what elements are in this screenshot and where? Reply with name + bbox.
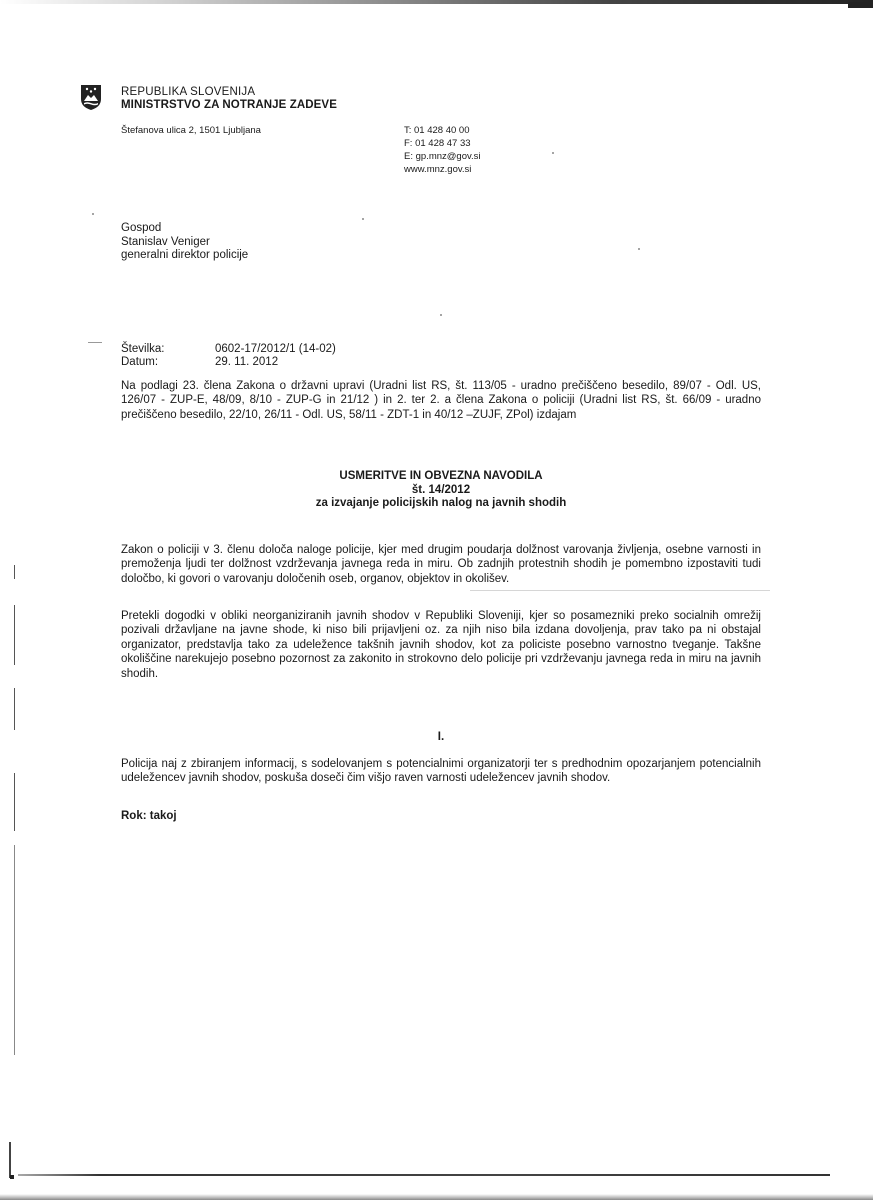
- contact-website: www.mnz.gov.si: [404, 163, 481, 176]
- legal-basis-paragraph: Na podlagi 23. člena Zakona o državni up…: [121, 379, 761, 422]
- document-title: USMERITVE IN OBVEZNA NAVODILA št. 14/201…: [121, 470, 761, 511]
- coat-of-arms-icon: [79, 83, 103, 111]
- scan-edge-bottom-left: [9, 1142, 11, 1178]
- reference-number-value: 0602-17/2012/1 (14-02): [215, 343, 336, 356]
- scan-speck: [552, 152, 554, 154]
- letterhead-country: REPUBLIKA SLOVENIJA: [121, 86, 255, 98]
- scan-corner-mark: [848, 2, 873, 8]
- letterhead-ministry: MINISTRSTVO ZA NOTRANJE ZADEVE: [121, 99, 337, 111]
- scan-speck: [440, 314, 442, 316]
- paragraph-2: Pretekli dogodki v obliki neorganizirani…: [121, 609, 761, 681]
- contact-email: E: gp.mnz@gov.si: [404, 150, 481, 163]
- paragraph-1: Zakon o policiji v 3. členu določa nalog…: [121, 543, 761, 586]
- letterhead-address: Štefanova ulica 2, 1501 Ljubljana: [121, 125, 261, 136]
- document-reference: Številka: 0602-17/2012/1 (14-02) Datum: …: [121, 343, 336, 368]
- recipient-position: generalni direktor policije: [121, 249, 248, 263]
- section-number: I.: [121, 731, 761, 743]
- title-line-3: za izvajanje policijskih nalog na javnih…: [121, 497, 761, 511]
- scan-edge-left: [14, 565, 16, 1055]
- letterhead-contacts: T: 01 428 40 00 F: 01 428 47 33 E: gp.mn…: [404, 124, 481, 176]
- scan-speck: [362, 218, 364, 220]
- scan-dot: [10, 1175, 14, 1179]
- deadline: Rok: takoj: [121, 810, 177, 822]
- scan-bottom-rule: [18, 1174, 830, 1176]
- recipient-salutation: Gospod: [121, 222, 248, 236]
- date-label: Datum:: [121, 356, 215, 369]
- scan-mark: [88, 342, 102, 343]
- scan-speck: [638, 248, 640, 250]
- contact-phone: T: 01 428 40 00: [404, 124, 481, 137]
- title-line-1: USMERITVE IN OBVEZNA NAVODILA: [121, 470, 761, 484]
- scan-streak: [470, 590, 770, 591]
- paragraph-3: Policija naj z zbiranjem informacij, s s…: [121, 757, 761, 786]
- contact-fax: F: 01 428 47 33: [404, 137, 481, 150]
- date-value: 29. 11. 2012: [215, 356, 278, 369]
- recipient-name: Stanislav Veniger: [121, 236, 248, 250]
- recipient-block: Gospod Stanislav Veniger generalni direk…: [121, 222, 248, 263]
- scan-speck: [92, 213, 94, 215]
- scan-edge-top: [0, 0, 873, 4]
- title-line-2: št. 14/2012: [121, 484, 761, 498]
- reference-number-label: Številka:: [121, 343, 215, 356]
- scan-edge-bottom: [0, 1194, 873, 1200]
